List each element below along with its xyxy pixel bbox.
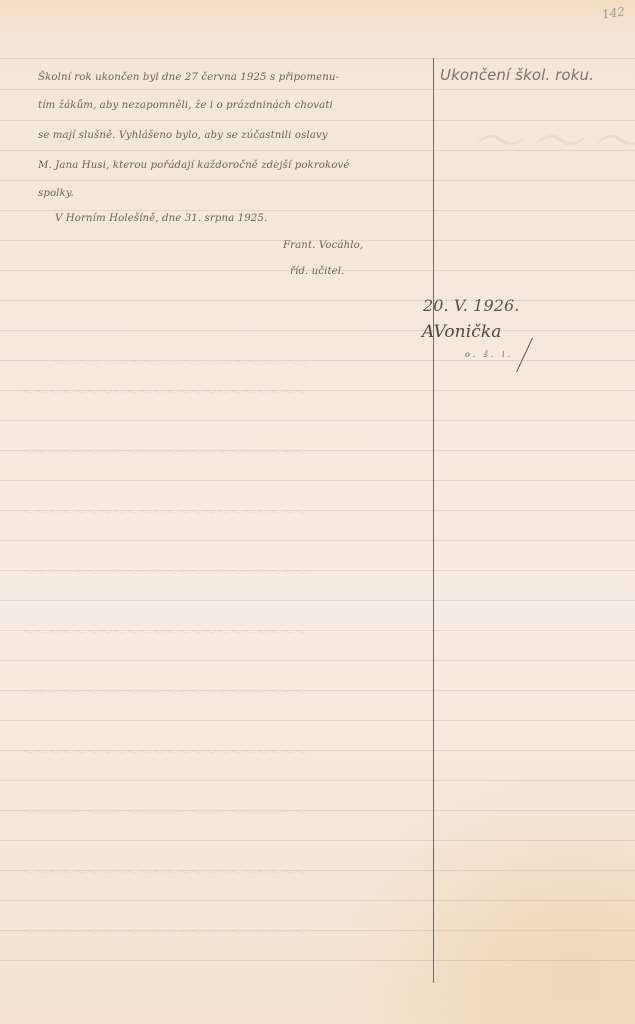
entry-line-1: Školní rok ukončen byl dne 27 června 192… [38, 72, 339, 83]
ruled-line [0, 58, 635, 59]
ruled-line [0, 210, 635, 211]
ruled-line [0, 89, 635, 90]
bleed-through-text: ～～～～～～～～～～～～～～～～～～～～～～ [20, 682, 306, 701]
bleed-through-text: ～～～～～～～～～～～～～～～～～～～～～～ [20, 382, 306, 401]
ruled-line [0, 540, 635, 541]
ruled-line [0, 480, 635, 481]
bleed-through-text: ～～～～～～～～～～～～～～～～～～～～～～ [20, 862, 306, 881]
entry-signature-title: říd. učitel. [290, 266, 344, 277]
inspector-signature: AVonička [422, 322, 502, 342]
entry-signature-name: Frant. Vocáhlo, [283, 240, 363, 251]
ruled-line [0, 900, 635, 901]
bleed-through-text: ～～～～～～～～～～～～～～～～～～～～～～ [20, 742, 306, 761]
margin-divider-line [433, 58, 434, 983]
entry-line-4: M. Jana Husi, kterou pořádají každoročně… [38, 160, 350, 171]
bleed-through-text: ～～～～～～～～～～～～～～～～～～～～～～ [20, 802, 306, 821]
entry-line-2: tím žákům, aby nezapomněli, že i o prázd… [38, 100, 333, 111]
bleed-through-text: ～～～～～～～～～～～～～～～～～～～～～～ [20, 502, 306, 521]
ruled-line [0, 720, 635, 721]
ruled-line [0, 300, 635, 301]
ruled-line [0, 420, 635, 421]
ruled-line [0, 840, 635, 841]
bleed-through-text: ～～～～～～～～～～～～～～～～～～～～～～ [20, 622, 306, 641]
ruled-line [0, 780, 635, 781]
bleed-through-text: ～～～～～～～～～～～～～～～～～～～～ [50, 352, 310, 371]
paper-stain-bottom-right [335, 764, 635, 1024]
paper-stain-top [0, 0, 635, 40]
inspector-title: o. š. i. [465, 350, 513, 359]
bleed-through-text: ～～～～～～～～～～～～～～～～～～～～～～ [20, 562, 306, 581]
ruled-line [0, 960, 635, 961]
ruled-line [0, 180, 635, 181]
entry-line-5: spolky. [38, 188, 74, 199]
bleed-through-heading: ～～～ [470, 100, 635, 175]
ruled-line [0, 330, 635, 331]
ruled-line [0, 600, 635, 601]
bleed-through-text: ～～～～～～～～～～～～～～～～～～～～～～ [20, 442, 306, 461]
entry-place-date: V Horním Holešíně, dne 31. srpna 1925. [55, 213, 267, 224]
ruled-line [0, 660, 635, 661]
bleed-through-text: ～～～～～～～～～～～～～～～～～～～～～～ [20, 922, 306, 941]
margin-heading: Ukončení škol. roku. [440, 66, 594, 84]
inspection-date: 20. V. 1926. [423, 296, 519, 315]
entry-line-3: se mají slušně. Vyhlášeno bylo, aby se z… [38, 130, 328, 141]
document-page: ～～～ ～～～～～～～～～～～～～～～～～～～～ ～～～～～～～～～～～～～～～… [0, 0, 635, 1024]
